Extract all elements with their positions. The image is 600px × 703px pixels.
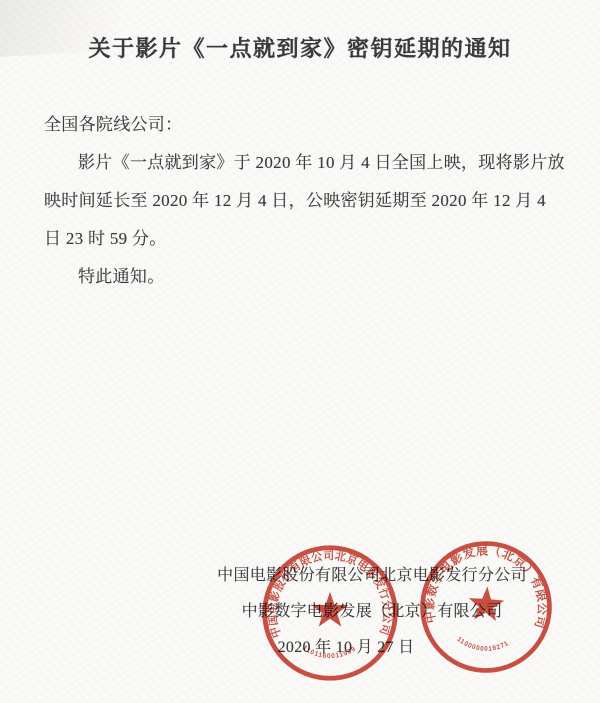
salutation-line: 全国各院线公司： — [44, 106, 522, 144]
page-title: 关于影片《一点就到家》密钥延期的通知 — [0, 32, 600, 63]
scanned-notice-page: 关于影片《一点就到家》密钥延期的通知 全国各院线公司： 影片《一点就到家》于 2… — [0, 0, 600, 703]
seal-code: 1101160011969 — [301, 645, 357, 661]
body-line: 影片《一点就到家》于 2020 年 10 月 4 日全国上映，现将影片放 — [44, 144, 522, 182]
star-icon — [467, 585, 505, 621]
official-seal-right: 中影数字电影发展（北京）有限公司 1100000019271 — [411, 532, 560, 681]
official-seal-left: 中国电影股份有限公司北京电影发行分公司 1101160011969 — [258, 541, 402, 685]
body-line: 映时间延长至 2020 年 12 月 4 日，公映密钥延期至 2020 年 12… — [44, 182, 522, 220]
notice-body: 全国各院线公司： 影片《一点就到家》于 2020 年 10 月 4 日全国上映，… — [44, 106, 522, 296]
seal-ring-text: 中影数字电影发展（北京）有限公司 — [420, 538, 553, 633]
star-icon — [312, 592, 349, 627]
closing-line: 特此通知。 — [44, 258, 522, 296]
body-line: 日 23 时 59 分。 — [44, 220, 522, 258]
seal-code: 1100000019271 — [455, 636, 511, 655]
